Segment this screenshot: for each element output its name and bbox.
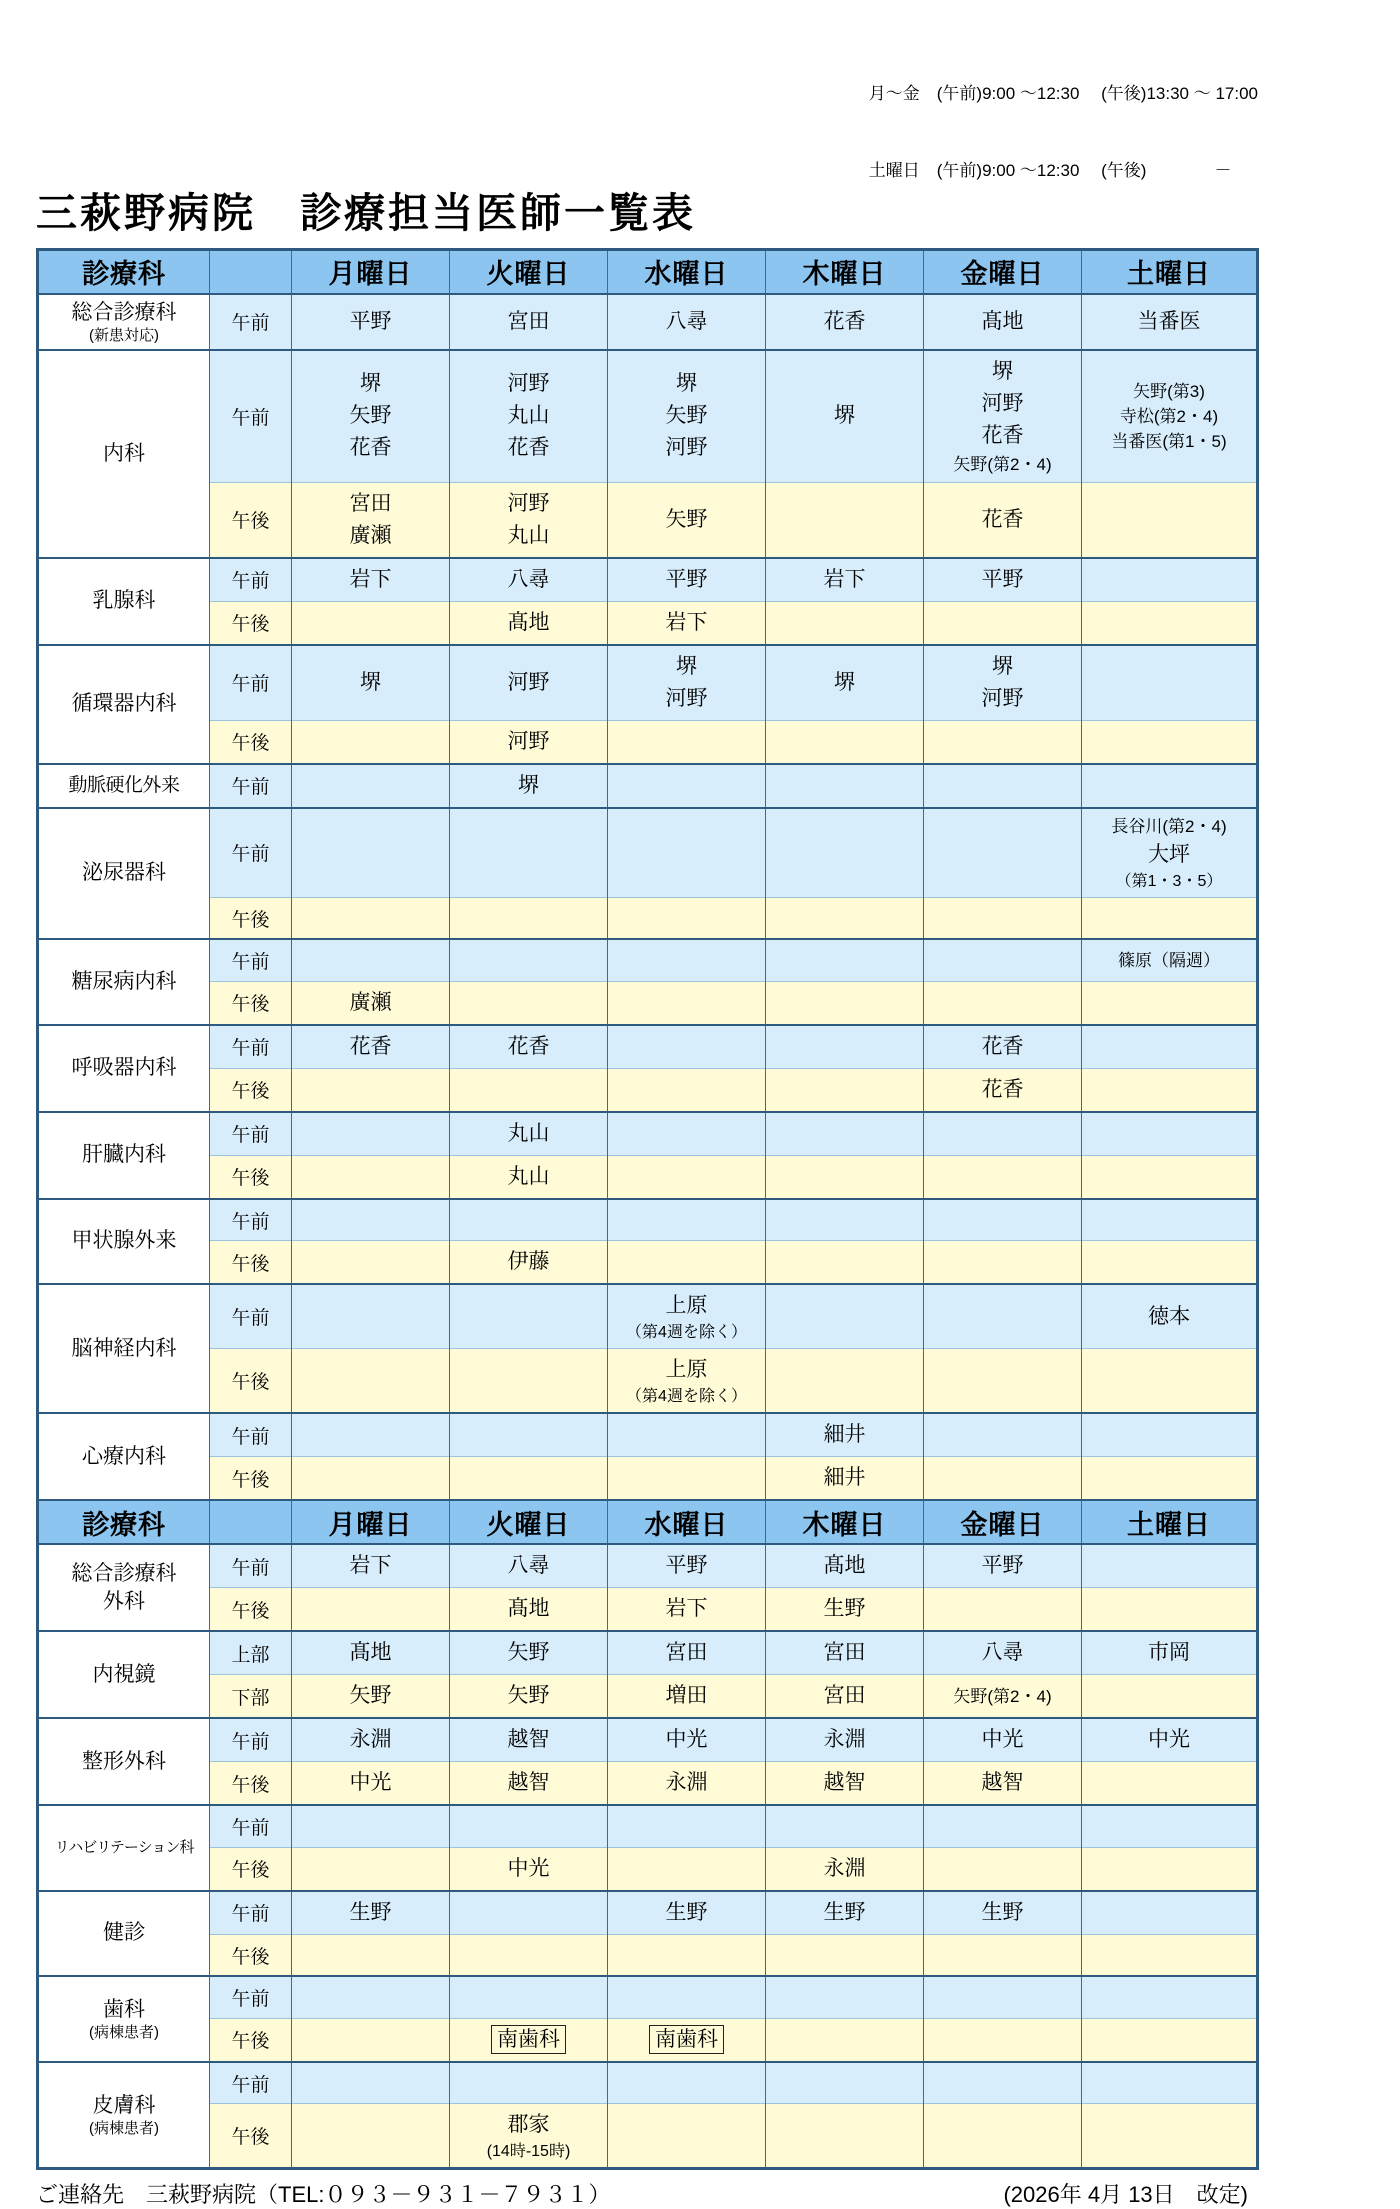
schedule-cell [450,897,608,939]
schedule-cell: 八尋 [608,294,766,350]
schedule-cell [924,808,1082,898]
schedule-cell [292,1847,450,1891]
department-cell: リハビリテーション科 [38,1805,210,1891]
schedule-cell [608,1847,766,1891]
schedule-cell: 堺河野 [924,645,1082,721]
schedule-row: 糖尿病内科午前篠原（隔週） [38,939,1258,981]
schedule-cell: 篠原（隔週） [1082,939,1258,981]
cell-text: 花香 [452,1031,605,1063]
schedule-cell [292,897,450,939]
schedule-cell: 堺 [450,764,608,808]
cell-text: 中光 [294,1767,447,1799]
department-name: 乳腺科 [41,587,207,615]
schedule-row: 午後 [38,897,1258,939]
office-hours-saturday: 土曜日 (午前)9:00 ～12:30 (午後) － [869,158,1258,184]
cell-text: 伊藤 [452,1246,605,1278]
schedule-row: 午後廣瀬 [38,981,1258,1025]
time-slot-label: 午前 [210,294,292,350]
schedule-cell [1082,1976,1258,2018]
schedule-cell: 堺河野花香矢野(第2・4) [924,350,1082,483]
cell-text: 宮田 [768,1680,921,1712]
department-cell: 循環器内科 [38,645,210,764]
schedule-row: 午後細井 [38,1457,1258,1501]
department-cell: 皮膚科(病棟患者) [38,2062,210,2169]
cell-text: 河野 [610,432,763,464]
schedule-cell: 岩下 [292,1544,450,1588]
cell-text: 大坪 [1084,839,1254,871]
schedule-cell [1082,1544,1258,1588]
department-cell: 動脈硬化外来 [38,764,210,808]
cell-text: （第1・3・5） [1084,871,1254,892]
schedule-row: 甲状腺外来午前 [38,1199,1258,1241]
cell-text: 宮田 [768,1637,921,1669]
schedule-cell [292,720,450,764]
department-name: 泌尿器科 [41,859,207,887]
schedule-cell [924,897,1082,939]
schedule-cell: 南歯科 [608,2018,766,2062]
schedule-cell [1082,1588,1258,1632]
department-name: 呼吸器内科 [41,1054,207,1082]
schedule-cell: 生野 [766,1891,924,1935]
cell-text: 平野 [610,1550,763,1582]
schedule-row: 脳神経内科午前上原（第4週を除く）徳本 [38,1284,1258,1349]
cell-text: 永淵 [610,1767,763,1799]
schedule-cell [292,1284,450,1349]
schedule-cell [1082,1068,1258,1112]
schedule-cell [924,2062,1082,2104]
department-name: 動脈硬化外来 [41,773,207,799]
cell-text: 廣瀬 [294,987,447,1019]
schedule-cell [1082,2018,1258,2062]
time-slot-label: 午前 [210,350,292,483]
cell-text: 岩下 [610,607,763,639]
schedule-cell [1082,897,1258,939]
schedule-cell [766,897,924,939]
schedule-cell [608,1025,766,1069]
schedule-row: 午後上原（第4週を除く） [38,1349,1258,1414]
time-slot-label: 午後 [210,1349,292,1414]
department-cell: 肝臓内科 [38,1112,210,1199]
department-cell: 内科 [38,350,210,558]
schedule-cell: 河野 [450,645,608,721]
time-slot-label: 午後 [210,482,292,558]
department-name: 内視鏡 [41,1661,207,1689]
schedule-cell: 宮田廣瀬 [292,482,450,558]
time-slot-label: 午前 [210,1891,292,1935]
department-name: (病棟患者) [41,2120,207,2138]
department-name: (病棟患者) [41,2024,207,2042]
department-name: 循環器内科 [41,690,207,718]
schedule-cell [450,1199,608,1241]
schedule-cell: 河野 [450,720,608,764]
column-header-火曜日: 火曜日 [450,250,608,294]
schedule-cell [450,981,608,1025]
schedule-row: 動脈硬化外来午前堺 [38,764,1258,808]
department-name: リハビリテーション科 [41,1838,207,1858]
cell-text: 八尋 [452,564,605,596]
column-header-土曜日: 土曜日 [1082,250,1258,294]
schedule-cell: 生野 [766,1588,924,1632]
time-slot-label: 午前 [210,558,292,602]
cell-text: 河野 [926,683,1079,715]
schedule-row: 午後中光永淵 [38,1847,1258,1891]
office-hours-note: 月～金 (午前)9:00 ～12:30 (午後)13:30 ～ 17:00 土曜… [869,30,1258,236]
schedule-cell [766,2104,924,2169]
schedule-cell: 堺 [766,350,924,483]
department-cell: 総合診療科外科 [38,1544,210,1631]
schedule-cell: 髙地 [924,294,1082,350]
schedule-row: 内科午前堺矢野花香河野丸山花香堺矢野河野堺堺河野花香矢野(第2・4)矢野(第3)… [38,350,1258,483]
schedule-cell [1082,1413,1258,1457]
schedule-cell [766,1112,924,1156]
schedule-cell: 永淵 [766,1718,924,1762]
cell-text: 矢野 [452,1637,605,1669]
cell-text: 矢野 [294,1680,447,1712]
time-slot-label: 午前 [210,1284,292,1349]
schedule-cell [608,981,766,1025]
schedule-row: 午後伊藤 [38,1241,1258,1285]
schedule-cell [1082,1025,1258,1069]
schedule-cell: 生野 [608,1891,766,1935]
schedule-cell [1082,645,1258,721]
department-name: 甲状腺外来 [41,1227,207,1255]
schedule-cell [1082,1457,1258,1501]
schedule-cell: 花香 [766,294,924,350]
schedule-cell [608,1068,766,1112]
schedule-cell [1082,1112,1258,1156]
schedule-cell [292,1588,450,1632]
cell-text: 河野 [926,388,1079,420]
schedule-cell: 中光 [1082,1718,1258,1762]
time-slot-label: 午後 [210,1762,292,1806]
time-slot-label: 午前 [210,764,292,808]
cell-text: 堺 [294,667,447,699]
schedule-cell: 永淵 [292,1718,450,1762]
schedule-cell [766,1934,924,1976]
schedule-cell [292,1457,450,1501]
time-slot-label: 下部 [210,1675,292,1719]
cell-text: 堺 [610,651,763,683]
schedule-cell: 髙地 [292,1631,450,1675]
time-slot-label: 上部 [210,1631,292,1675]
time-slot-label: 午後 [210,2104,292,2169]
schedule-cell [1082,1934,1258,1976]
schedule-cell [766,720,924,764]
time-slot-label: 午前 [210,1718,292,1762]
cell-text: 丸山 [452,520,605,552]
schedule-cell [924,1588,1082,1632]
cell-text: 河野 [452,368,605,400]
cell-text: 髙地 [768,1550,921,1582]
cell-text: 堺 [768,667,921,699]
schedule-row: 乳腺科午前岩下八尋平野岩下平野 [38,558,1258,602]
cell-text: 平野 [926,564,1079,596]
schedule-cell: 越智 [450,1718,608,1762]
schedule-cell: 越智 [450,1762,608,1806]
schedule-cell: 岩下 [608,601,766,645]
schedule-cell [766,764,924,808]
schedule-row: 午後髙地岩下生野 [38,1588,1258,1632]
schedule-cell [450,1805,608,1847]
time-slot-label: 午後 [210,1068,292,1112]
cell-text: 堺 [452,770,605,802]
schedule-row: 午後宮田廣瀬河野丸山矢野花香 [38,482,1258,558]
cell-text: 当番医(第1・5) [1084,429,1254,454]
time-slot-label: 午前 [210,808,292,898]
department-cell: 歯科(病棟患者) [38,1976,210,2062]
schedule-cell: 花香 [450,1025,608,1069]
time-slot-label: 午後 [210,720,292,764]
schedule-cell [924,720,1082,764]
department-name: 外科 [41,1588,207,1616]
schedule-cell [292,1349,450,1414]
schedule-cell [292,1934,450,1976]
department-name: 整形外科 [41,1748,207,1776]
schedule-row: 皮膚科(病棟患者)午前 [38,2062,1258,2104]
cell-text: 郡家 [452,2109,605,2141]
schedule-cell: 宮田 [766,1631,924,1675]
cell-text: 矢野 [610,504,763,536]
cell-text: 髙地 [294,1637,447,1669]
cell-text: 矢野(第2・4) [926,1684,1079,1709]
schedule-cell [924,1349,1082,1414]
time-slot-label: 午前 [210,1976,292,2018]
schedule-row: 午後中光越智永淵越智越智 [38,1762,1258,1806]
department-name: 内科 [41,440,207,468]
schedule-cell [766,808,924,898]
schedule-cell: 矢野 [450,1675,608,1719]
column-header-木曜日: 木曜日 [766,250,924,294]
schedule-cell [1082,764,1258,808]
boxed-cell-text: 南歯科 [491,2025,566,2054]
cell-text: 花香 [926,504,1079,536]
time-slot-label: 午後 [210,1155,292,1199]
column-header-診療科: 診療科 [38,1500,210,1544]
schedule-cell [608,1241,766,1285]
time-slot-label: 午前 [210,1112,292,1156]
schedule-row: 午後河野 [38,720,1258,764]
schedule-cell: 八尋 [450,558,608,602]
schedule-cell: 南歯科 [450,2018,608,2062]
schedule-cell: 河野丸山 [450,482,608,558]
cell-text: 花香 [294,1031,447,1063]
schedule-cell [924,981,1082,1025]
department-cell: 糖尿病内科 [38,939,210,1025]
time-slot-label: 午後 [210,2018,292,2062]
column-header-row: 診療科月曜日火曜日水曜日木曜日金曜日土曜日 [38,1500,1258,1544]
schedule-cell [766,939,924,981]
schedule-cell: 髙地 [450,601,608,645]
schedule-cell: 丸山 [450,1112,608,1156]
column-header-empty [210,1500,292,1544]
cell-text: 矢野(第3) [1084,379,1254,404]
time-slot-label: 午前 [210,1805,292,1847]
schedule-cell: 平野 [924,1544,1082,1588]
cell-text: 生野 [610,1897,763,1929]
schedule-cell [924,1112,1082,1156]
office-hours-weekday: 月～金 (午前)9:00 ～12:30 (午後)13:30 ～ 17:00 [869,81,1258,107]
schedule-cell: 花香 [924,1025,1082,1069]
schedule-cell: 宮田 [766,1675,924,1719]
cell-text: 上原 [610,1290,763,1322]
schedule-cell: 矢野(第2・4) [924,1675,1082,1719]
cell-text: 花香 [294,432,447,464]
schedule-row: 心療内科午前細井 [38,1413,1258,1457]
cell-text: 生野 [926,1897,1079,1929]
schedule-cell [608,1155,766,1199]
cell-text: 宮田 [294,488,447,520]
time-slot-label: 午前 [210,1199,292,1241]
schedule-cell: 矢野 [450,1631,608,1675]
cell-text: 永淵 [294,1724,447,1756]
boxed-cell-text: 南歯科 [649,2025,724,2054]
time-slot-label: 午前 [210,645,292,721]
schedule-cell [1082,2062,1258,2104]
cell-text: 堺 [768,400,921,432]
schedule-cell [1082,1241,1258,1285]
cell-text: 河野 [452,667,605,699]
schedule-cell [292,2104,450,2169]
cell-text: 河野 [452,488,605,520]
department-name: 皮膚科 [41,2092,207,2120]
schedule-cell: 矢野 [292,1675,450,1719]
schedule-cell [292,1241,450,1285]
schedule-cell [608,897,766,939]
cell-text: 南歯科 [610,2024,763,2056]
cell-text: 南歯科 [452,2024,605,2056]
department-name: 総合診療科 [41,1560,207,1588]
schedule-cell: 宮田 [608,1631,766,1675]
cell-text: 廣瀬 [294,520,447,552]
cell-text: 寺松(第2・4) [1084,404,1254,429]
schedule-cell [924,1805,1082,1847]
schedule-cell: 中光 [924,1718,1082,1762]
time-slot-label: 午後 [210,981,292,1025]
schedule-cell [924,2018,1082,2062]
schedule-cell: 当番医 [1082,294,1258,350]
schedule-cell: 細井 [766,1457,924,1501]
department-name: (新患対応) [41,327,207,345]
column-header-月曜日: 月曜日 [292,1500,450,1544]
time-slot-label: 午後 [210,897,292,939]
schedule-cell [766,482,924,558]
department-name: 肝臓内科 [41,1141,207,1169]
cell-text: 中光 [926,1724,1079,1756]
time-slot-label: 午前 [210,2062,292,2104]
schedule-cell [766,1199,924,1241]
schedule-cell [924,1155,1082,1199]
column-header-金曜日: 金曜日 [924,1500,1082,1544]
schedule-cell [292,1199,450,1241]
schedule-cell [450,939,608,981]
schedule-cell [608,2062,766,2104]
schedule-cell [450,1284,608,1349]
cell-text: 平野 [294,306,447,338]
page-title: 三萩野病院 診療担当医師一覧表 [36,191,696,236]
schedule-cell: 堺矢野河野 [608,350,766,483]
cell-text: 越智 [452,1724,605,1756]
cell-text: 生野 [768,1593,921,1625]
schedule-cell [450,1413,608,1457]
schedule-cell: 増田 [608,1675,766,1719]
schedule-cell [924,1241,1082,1285]
schedule-cell [292,1068,450,1112]
cell-text: 長谷川(第2・4) [1084,814,1254,839]
schedule-cell [450,1457,608,1501]
schedule-cell [292,808,450,898]
time-slot-label: 午後 [210,1457,292,1501]
revision-date: (2026年 4月 13日 改定) [1003,2178,1248,2209]
schedule-cell [766,981,924,1025]
time-slot-label: 午後 [210,1847,292,1891]
schedule-cell: 上原（第4週を除く） [608,1349,766,1414]
cell-text: 徳本 [1084,1301,1254,1333]
schedule-cell [292,2062,450,2104]
schedule-cell [292,764,450,808]
schedule-row: 循環器内科午前堺河野堺河野堺堺河野 [38,645,1258,721]
schedule-cell [1082,1349,1258,1414]
schedule-cell [1082,981,1258,1025]
cell-text: 上原 [610,1354,763,1386]
schedule-cell [450,1934,608,1976]
schedule-cell [450,808,608,898]
department-name: 心療内科 [41,1443,207,1471]
cell-text: 矢野 [452,1680,605,1712]
schedule-cell [608,764,766,808]
schedule-cell: 平野 [292,294,450,350]
cell-text: 平野 [926,1550,1079,1582]
cell-text: 増田 [610,1680,763,1712]
schedule-cell [292,1413,450,1457]
schedule-cell: 生野 [924,1891,1082,1935]
schedule-cell [608,1934,766,1976]
schedule-cell [1082,1847,1258,1891]
cell-text: （第4週を除く） [610,1322,763,1343]
cell-text: 岩下 [610,1593,763,1625]
schedule-cell [766,1284,924,1349]
cell-text: 永淵 [768,1724,921,1756]
schedule-cell [924,1976,1082,2018]
schedule-cell: 髙地 [450,1588,608,1632]
cell-text: 中光 [452,1853,605,1885]
schedule-cell: 堺河野 [608,645,766,721]
cell-text: 丸山 [452,1118,605,1150]
schedule-cell: 丸山 [450,1155,608,1199]
schedule-cell: 平野 [924,558,1082,602]
department-cell: 泌尿器科 [38,808,210,940]
schedule-cell [608,1413,766,1457]
schedule-cell: 越智 [924,1762,1082,1806]
schedule-page: 三萩野病院 診療担当医師一覧表 月～金 (午前)9:00 ～12:30 (午後)… [0,0,1300,2209]
schedule-row: 整形外科午前永淵越智中光永淵中光中光 [38,1718,1258,1762]
schedule-cell [292,2018,450,2062]
schedule-cell [766,1805,924,1847]
schedule-cell: 平野 [608,558,766,602]
schedule-cell: 髙地 [766,1544,924,1588]
cell-text: 岩下 [294,1550,447,1582]
schedule-cell [450,1349,608,1414]
cell-text: 矢野 [610,400,763,432]
schedule-cell [1082,1891,1258,1935]
cell-text: 越智 [452,1767,605,1799]
column-header-月曜日: 月曜日 [292,250,450,294]
cell-text: 当番医 [1084,306,1254,338]
schedule-cell [1082,1155,1258,1199]
schedule-cell: 花香 [924,482,1082,558]
schedule-cell [924,601,1082,645]
cell-text: 宮田 [452,306,605,338]
schedule-cell [608,1805,766,1847]
